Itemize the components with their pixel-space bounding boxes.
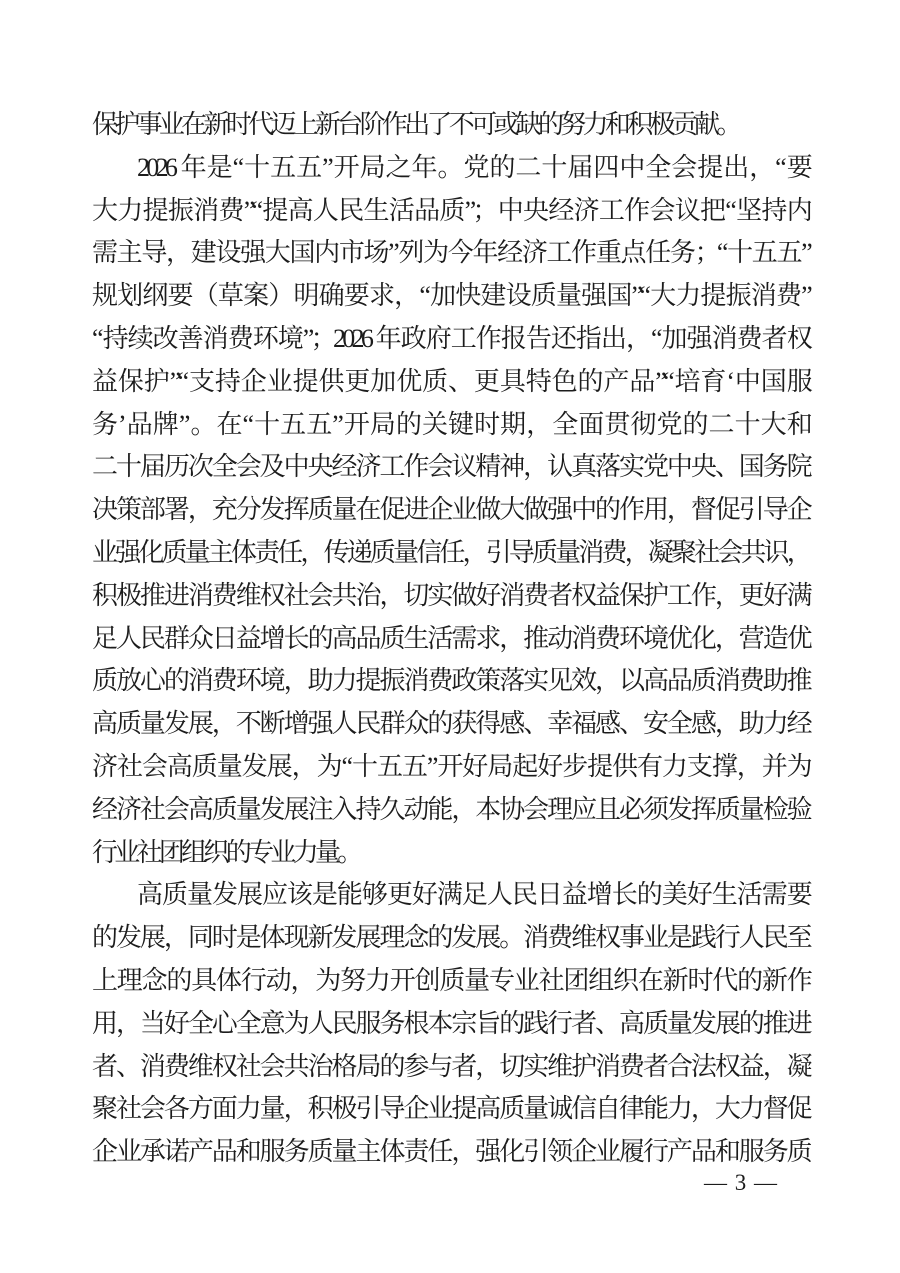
document-line: 决策部署，充分发挥质量在促进企业做大做强中的作用，督促引导企 [92,489,809,532]
document-page: 保护事业在新时代迈上新台阶作出了不可或缺的努力和积极贡献。2026 年是“十五五… [0,0,900,1273]
document-body: 保护事业在新时代迈上新台阶作出了不可或缺的努力和积极贡献。2026 年是“十五五… [92,104,809,1174]
document-line: 企业承诺产品和服务质量主体责任，强化引领企业履行产品和服务质 [92,1131,809,1174]
document-line: 质放心的消费环境，助力提振消费政策落实见效，以高品质消费助推 [92,660,809,703]
document-line: 者、消费维权社会共治格局的参与者，切实维护消费者合法权益，凝 [92,1046,809,1089]
document-line: 足人民群众日益增长的高品质生活需求，推动消费环境优化，营造优 [92,618,809,661]
document-line: 2026 年是“十五五”开局之年。党的二十届四中全会提出，“要 [92,147,809,190]
document-line: 需主导，建设强大国内市场”列为今年经济工作重点任务；“十五五” [92,232,809,275]
document-line: 用，当好全心全意为人民服务根本宗旨的践行者、高质量发展的推进 [92,1003,809,1046]
document-line: 二十届历次全会及中央经济工作会议精神，认真落实党中央、国务院 [92,446,809,489]
document-line: 高质量发展，不断增强人民群众的获得感、幸福感、安全感，助力经 [92,703,809,746]
document-line: 上理念的具体行动，为努力开创质量专业社团组织在新时代的新作 [92,960,809,1003]
document-line: 高质量发展应该是能够更好满足人民日益增长的美好生活需要 [92,874,809,917]
document-line: 业强化质量主体责任，传递质量信任，引导质量消费，凝聚社会共识， [92,532,809,575]
document-line: 济社会高质量发展，为“十五五”开好局起好步提供有力支撑，并为 [92,746,809,789]
document-line: 聚社会各方面力量，积极引导企业提高质量诚信自律能力，大力督促 [92,1088,809,1131]
document-line: 的发展，同时是体现新发展理念的发展。消费维权事业是践行人民至 [92,917,809,960]
document-line: 经济社会高质量发展注入持久动能，本协会理应且必须发挥质量检验 [92,789,809,832]
document-line: 大力提振消费”“提高人民生活品质”；中央经济工作会议把“坚持内 [92,190,809,233]
document-line: 益保护”“支持企业提供更加优质、更具特色的产品”“培育‘中国服 [92,361,809,404]
document-line: 规划纲要（草案）明确要求，“加快建设质量强国”“大力提振消费” [92,275,809,318]
document-line: 保护事业在新时代迈上新台阶作出了不可或缺的努力和积极贡献。 [92,104,809,147]
document-line: 务’品牌”。在“十五五”开局的关键时期，全面贯彻党的二十大和 [92,404,809,447]
document-line: 行业社团组织的专业力量。 [92,832,809,875]
document-line: 积极推进消费维权社会共治，切实做好消费者权益保护工作，更好满 [92,575,809,618]
page-number: — 3 — [704,1170,778,1196]
document-line: “持续改善消费环境”；2026 年政府工作报告还指出，“加强消费者权 [92,318,809,361]
